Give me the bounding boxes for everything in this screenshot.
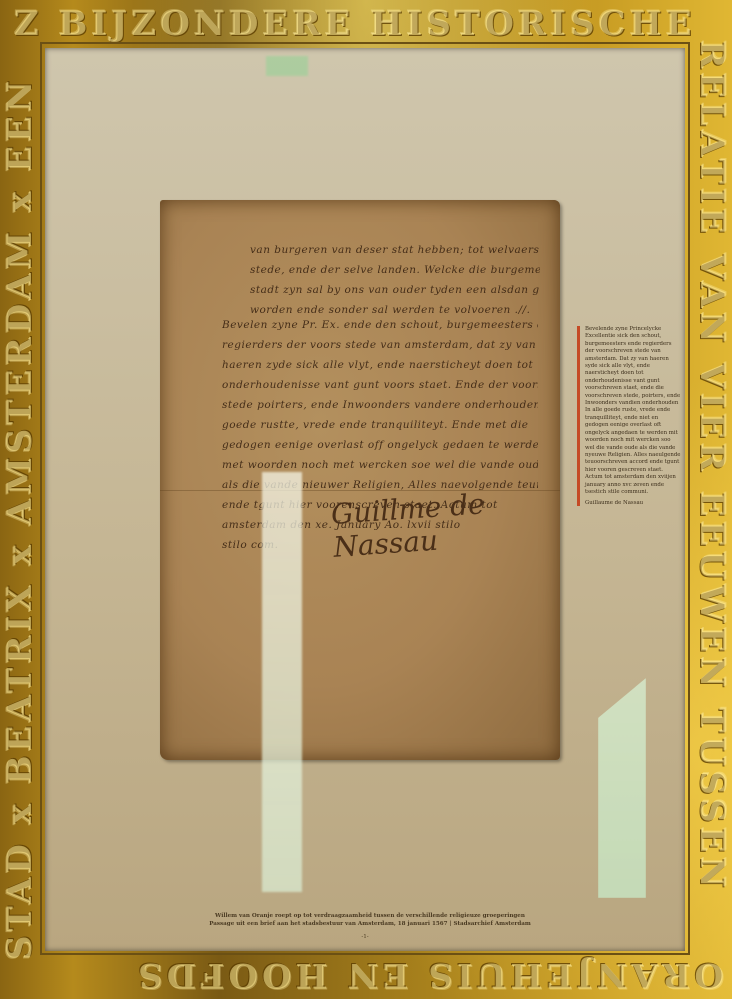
handwriting-line: Bevelen zyne Pr. Ex. ende den schout, bu…: [222, 315, 538, 335]
handwriting-line: stede poirters, ende Inwoonders vandere …: [222, 395, 538, 415]
frame-inscription-top: Z BIJZONDERE HISTORISCHE: [14, 4, 724, 44]
caption-title: Willem van Oranje roept op tot verdraagz…: [160, 912, 580, 920]
handwriting-line: stadt zyn sal by ons van ouder tyden een…: [250, 280, 540, 300]
handwriting-line: goede rustte, vrede ende tranquiliteyt. …: [222, 415, 538, 435]
handwriting-line: onderhoudenisse vant gunt voors staet. E…: [222, 375, 538, 395]
caption-source: Passage uit een brief aan het stadsbestu…: [160, 920, 580, 928]
historic-letter: van burgeren van deser stat hebben; tot …: [160, 200, 560, 760]
frame-inscription-left: STAD x BEATRIX x AMSTERDAM x EEN: [0, 40, 40, 960]
handwriting-line: van burgeren van deser stat hebben; tot …: [250, 240, 540, 260]
transcription-signature: Guillaume de Nassau: [585, 500, 681, 506]
handwriting-line: regierders der voors stede van amsterdam…: [222, 335, 538, 355]
handwriting-line: stede, ende der selve landen. Welcke die…: [250, 260, 540, 280]
transcription-panel: Bevelende zyne Princelycke Excellentie s…: [577, 326, 681, 506]
window-reflection-top: [266, 56, 308, 76]
page-number: -1-: [350, 934, 380, 940]
handwriting-top-paragraph: van burgeren van deser stat hebben; tot …: [250, 240, 540, 320]
window-reflection-left: [262, 472, 302, 892]
handwriting-line: haeren zyde sick alle vlyt, ende naersti…: [222, 355, 538, 375]
frame-inscription-right: RELATIE VAN VIER EEUWEN TUSSEN: [692, 40, 732, 960]
caption: Willem van Oranje roept op tot verdraagz…: [160, 912, 580, 928]
handwriting-line: gedogen eenige overlast off ongelyck ged…: [222, 435, 538, 455]
transcription-text: Bevelende zyne Princelycke Excellentie s…: [585, 326, 681, 496]
frame-inscription-bottom: ORANJEHUIS EN HOOFDS: [14, 955, 724, 995]
